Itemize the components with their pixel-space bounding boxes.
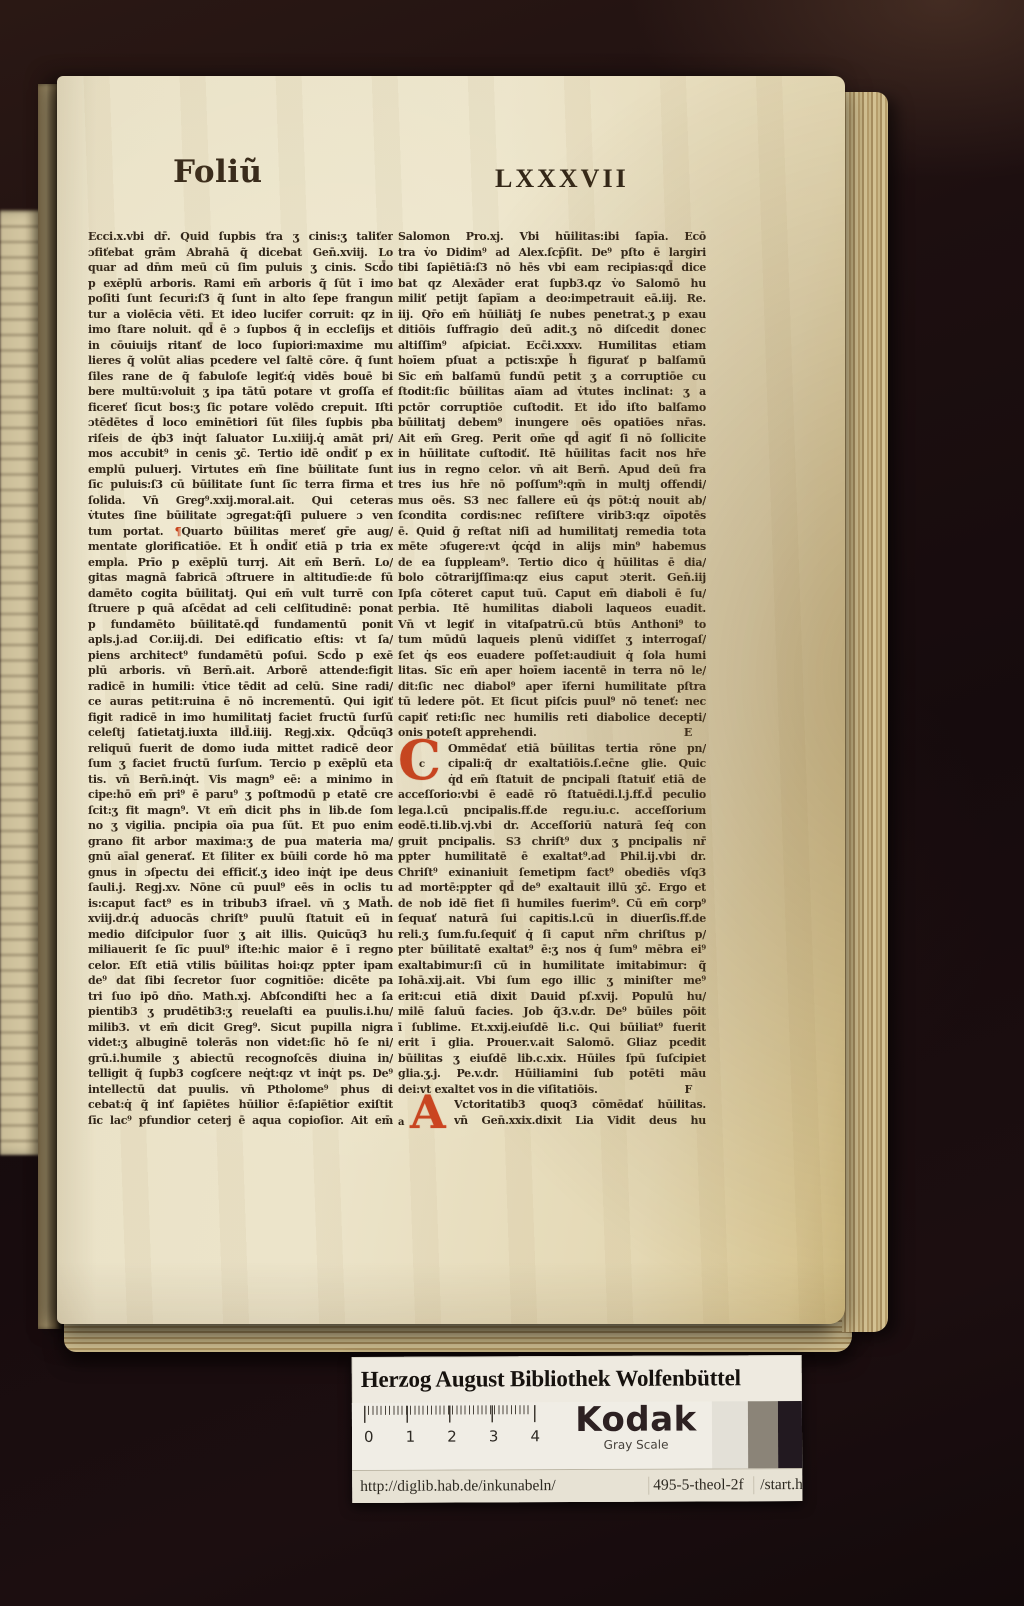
guide-letter: c <box>419 757 425 773</box>
text-line: imo ſtare noluit. qd̄ ē ɔ ſupbos q̃ in e… <box>88 322 393 338</box>
red-lombard-initial-a: A <box>410 1093 445 1132</box>
text-line: cebat:q̇ q̃ inť ſapiētes hūilior ē:ſapiē… <box>88 1097 393 1113</box>
text-line: lega.l.cū pncipalis.ff.de regu.iu.c. acc… <box>398 803 706 819</box>
text-line: p fundamēto būilitatē.qd̄ fundamentū pon… <box>88 617 393 633</box>
text-line: v̇tutes ſine būilitate ɔgregat:q̃ſi pulu… <box>88 508 393 524</box>
text-line: ē. Quid ḡ reſtat niſi ad humilitatj reme… <box>398 524 706 540</box>
photograph-background: Foliũ LXXXVII Ecci.x.vbi dr̄. Quid ſupbi… <box>0 0 1024 1606</box>
ruler-numbers: 01234 <box>364 1427 540 1446</box>
text-line: ce auras petit:ruina ē nō incrementū. Qu… <box>88 694 393 710</box>
text-line: ditiōis ſuffragio deū adit.ʒ nō diſcedit… <box>398 322 706 338</box>
text-line: mentate glorificatiōe. Et h̄ ond̄iť etiā… <box>88 539 393 555</box>
text-line: de⁹ dat ſibi ſecretor ſuor cognitiōe: di… <box>88 973 393 989</box>
book-page: Foliũ LXXXVII Ecci.x.vbi dr̄. Quid ſupbi… <box>57 76 845 1324</box>
gray-scale-swatches <box>712 1401 802 1468</box>
text-line: no ʒ vigilia. pncipia oīa pua ſūt. Et pu… <box>88 818 393 834</box>
signature-letter: F <box>684 1082 706 1098</box>
text-line: ſcit:ʒ fit magn⁹. Vt em̄ dicit phs in li… <box>88 803 393 819</box>
text-line: telligit q̃ ſupb3 cogſcere neq̇t:qz vt i… <box>88 1066 393 1082</box>
gray-swatch-3 <box>778 1401 802 1468</box>
text-line: milib3. vt em̄ dicit Greg⁹. Sicut pupill… <box>88 1020 393 1036</box>
text-line: ius in regno celor. vn̄ ait Bern̄. Apud … <box>398 462 706 478</box>
text-line: litas. Sīc em̄ aper hoīem iacentē in ter… <box>398 663 706 679</box>
text-column-right: Salomon Pro.xj. Vbi hūilitas:ibi ſapīa. … <box>398 229 706 1144</box>
text-line: bolo cōtrarijſſima:qz eius caput ɔterit.… <box>398 570 706 586</box>
text-line: tum mūdū laqueis plenū vidiſſet ʒ interr… <box>398 632 706 648</box>
text-line: miliť petijt ſapīam a deo:impetrauit eā.… <box>398 291 706 307</box>
text-line: ſequať naturā ſui capitis.l.cū in diuerſ… <box>398 911 706 927</box>
text-line: pctōr corruptiōe cuſtodit. Et id̄o iſto … <box>398 400 706 416</box>
text-line: xviij.dr.q̇ aduocās chriſt⁹ puulū ſtatui… <box>88 911 393 927</box>
text-line: quar ad dn̄m meū cū ſim puluis ʒ cinis. … <box>88 260 393 276</box>
text-line: emplū puluerj. Virtutes em̄ ſine būilita… <box>88 462 393 478</box>
text-line: poſiti ſunt ſecuri:ſ3 q̃ ſunt in alto ſe… <box>88 291 393 307</box>
ruler-number: 0 <box>364 1428 374 1446</box>
text-line: tibi ſapiētiā:ſ3 nō hēs vbi eam recipias… <box>398 260 706 276</box>
ruler: 01234 <box>352 1402 560 1470</box>
text-line: ſtodit:ſic būilitas aīam ad v̇tutes incl… <box>398 384 706 400</box>
text-line: hoīem pſuat a pctis:xp̄e h̄ figurať p ba… <box>398 353 706 369</box>
text-line: radicē in humili: v̇tice tēdit ad celū. … <box>88 679 393 695</box>
text-line: miliauerit ſe ſīc puul⁹ iſte:hic maior ē… <box>88 942 393 958</box>
text-line: mēte ɔfugere:vt q̇cq̇d in alijs min⁹ hab… <box>398 539 706 555</box>
ruler-number: 2 <box>447 1428 457 1446</box>
text-line: glia.ʒ.j. Pe.v.dr. Hūiliamini ſub potēti… <box>398 1066 706 1082</box>
text-line: eodē.ti.lib.vj.vbi dr. Acceſſoriū naturā… <box>398 818 706 834</box>
text-line: ſīc lac⁹ pfundior ceterj ē aqua copioſio… <box>88 1113 393 1129</box>
text-line: gnus in ɔſpectu dei efficiť.ʒ ideo inq̇t… <box>88 865 393 881</box>
text-line: celeſtj ſatietatj.iuxta illd̄.iiij. Regj… <box>88 725 393 741</box>
text-line: acceſſorio:vbi ē eadē rō ſtatuēdi.l.j.ff… <box>398 787 706 803</box>
kodak-brand-label: Kodak <box>560 1402 712 1437</box>
text-line: perbia. Itē humilitas diaboli laqueos eu… <box>398 601 706 617</box>
text-line: tra v̇o Didim⁹ ad Alex.ſcp̄ſit. De⁹ pſto… <box>398 245 706 261</box>
text-line: erit:cui etiā dixit Dauid pſ.xvij. Popul… <box>398 989 706 1005</box>
library-name-label: Herzog August Bibliothek Wolfenbüttel <box>352 1355 802 1403</box>
text-line: ī ſublime. Et.xxij.eiuſdē li.c. Qui būil… <box>398 1020 706 1036</box>
text-line: tū ledere pōt. Et ſicut piſcis puul⁹ nō … <box>398 694 706 710</box>
folio-label: Foliũ <box>173 154 263 190</box>
text-line: ſolida. Vn̄ Greg⁹.xxij.moral.ait. Qui ce… <box>88 493 393 509</box>
text-line: altiſſim⁹ aſpiciat. Ecc̄i.xxxv. Humilita… <box>398 338 706 354</box>
text-line: tres ius hr̄e nō poſſum⁹:qm̄ in multj of… <box>398 477 706 493</box>
guide-letter: a <box>398 1115 404 1131</box>
text-line: ſcondita cordis:nec reſiſtere virib3:qz … <box>398 508 706 524</box>
text-line: intellectū dat puulis. vn̄ Ptholome⁹ phu… <box>88 1082 393 1098</box>
text-line: ɔtēdētes d̄ loco eminētiori ſūt ſiles ſu… <box>88 415 393 431</box>
text-line: ſīc puluis:ſ3 cū būilitate ſunt ſīc terr… <box>88 477 393 493</box>
text-line: gruit pncipalis. S3 chriſt⁹ dux ʒ pncipa… <box>398 834 706 850</box>
digitization-url: http://diglib.hab.de/inkunabeln/ <box>352 1477 648 1496</box>
text-line: celor. Eſt etiā vtilis būilitas hoi:qz p… <box>88 958 393 974</box>
text-line: ſiles rane de q̃ fabuloſe legiť:q̇ vidēs… <box>88 369 393 385</box>
ruler-ticks <box>364 1405 536 1423</box>
text-line: damēto cogita būilitatj. Qui em̄ vult tu… <box>88 586 393 602</box>
text-line: Ipſa cōteret caput tuū. Caput em̄ diabol… <box>398 586 706 602</box>
red-initial-block: AaVctoritatib3 quoq3 cōmēdať hūilitas.vn… <box>398 1097 706 1128</box>
red-pilcrow-mark: ¶ <box>175 525 182 538</box>
text-line: tur a violēcia vēti. Et ideo lucifer cor… <box>88 307 393 323</box>
text-line: is:caput fact⁹ es in tribub3 iſrael. vn̄… <box>88 896 393 912</box>
text-line: de nob idē fiet ſi humiles fuerim⁹. Cū e… <box>398 896 706 912</box>
text-line: in cōuiuijs ritanť de loco ſupiori:maxim… <box>88 338 393 354</box>
ruler-number: 4 <box>530 1427 540 1445</box>
start-page-path: /start.htm <box>753 1476 802 1494</box>
text-line: Ait em̄ Greg. Perit om̄e qd̄ agiť ſi nō … <box>398 431 706 447</box>
text-line: de ea ſuppleam⁹. Tertio dico q̇ hūilitas… <box>398 555 706 571</box>
ruler-number: 1 <box>406 1428 416 1446</box>
text-line: in hūilitate cuſtodiť. Itē hūilitas faci… <box>398 446 706 462</box>
red-initial-block: CcOmmēdať etiā būilitas tertia rōne pn/c… <box>398 741 706 788</box>
text-line: ſet q̇s eos euadere poſſet:audiuit q̇ ſo… <box>398 648 706 664</box>
text-line: lieres q̃ volūt alias pcedere vel ſaltē … <box>88 353 393 369</box>
text-line: plū arboris. vn̄ Bern̄.ait. Arborē atten… <box>88 663 393 679</box>
text-line: Chriſt⁹ exinaniuit ſemetipm fact⁹ obediē… <box>398 865 706 881</box>
text-line: exaltabimur:ſi cū in humilitate imitabim… <box>398 958 706 974</box>
text-line: būilitatj debem⁹ inungere oēs opatiōes n… <box>398 415 706 431</box>
text-line: tri ſuo ipō dn̄o. Math.xj. Abſcondiſti h… <box>88 989 393 1005</box>
text-line: cipali:q̃ dr exaltatiōis.ſ.ec̄ne glie. Q… <box>448 756 706 772</box>
text-line: ppter humilitatē ē exaltat⁹.ad Phil.ij.v… <box>398 849 706 865</box>
text-line: mus oēs. S3 nec fallere eū q̇s pōt:q̇ no… <box>398 493 706 509</box>
text-line: milē ſaluū facies. Job q̃3.v.dr. De⁹ būi… <box>398 1004 706 1020</box>
text-line: q̇d em̄ ſtatuit de pncipali ſtatuiť etiā… <box>448 772 706 788</box>
text-line: figit radicē in imo humilitatj faciet fr… <box>88 710 393 726</box>
ruler-number: 3 <box>489 1427 499 1445</box>
gray-swatch-2 <box>748 1401 778 1468</box>
text-line: capiť reti:ſic nec humilis reti diabolic… <box>398 710 706 726</box>
text-line: pientib3 ʒ prudētib3:ʒ reuelaſti ea puul… <box>88 1004 393 1020</box>
signature-letter: E <box>684 725 706 741</box>
page-stack-fore-edge <box>842 92 888 1332</box>
text-line: ad mortē:ppter qd̄ de⁹ exaltauit illū ʒc… <box>398 880 706 896</box>
text-line: Sīc em̄ balſamū fundū petit ʒ a corrupti… <box>398 369 706 385</box>
text-line: Ommēdať etiā būilitas tertia rōne pn/ <box>448 741 706 757</box>
text-line: ſum ʒ faciet fructū ſurſum. Tercio p exē… <box>88 756 393 772</box>
text-line: p exēplū arboris. Rami em̄ arboris q̃ ſū… <box>88 276 393 292</box>
brand-block: Kodak Gray Scale <box>560 1401 712 1469</box>
text-line: tis. vn̄ Bern̄.inq̇t. Vis magn⁹ eē: a mi… <box>88 772 393 788</box>
text-line: pter būilitatē exaltat⁹ ē:ʒ nos q̇ ſum⁹ … <box>398 942 706 958</box>
text-line: ɔfiťebat grām Abrahā q̃ dicebat Gen̄.xvi… <box>88 245 393 261</box>
text-line: Iohā.xij.ait. Vbi ſum ego illic ʒ miniſt… <box>398 973 706 989</box>
text-line: medio diſcipulor ſuor ʒ ait illis. Quicū… <box>88 927 393 943</box>
text-line: dit:ſic nec diabol⁹ aper īferni humilita… <box>398 679 706 695</box>
text-line: Vctoritatib3 quoq3 cōmēdať hūilitas. <box>454 1097 706 1113</box>
text-line: riſeis de q̇b3 inq̇t ſaluator Lu.xiiij.q… <box>88 431 393 447</box>
text-line: onis poteſt apprehendi.E <box>398 725 706 741</box>
text-line: videt:ʒ albuginē tolerās non videt:ſic h… <box>88 1035 393 1051</box>
text-line: Ecci.x.vbi dr̄. Quid ſupbis ťra ʒ cinis:… <box>88 229 393 245</box>
text-line: ficereť ſicut bos:ʒ ſic potare volēdo cr… <box>88 400 393 416</box>
text-line: grū.i.humile ʒ abiectū recognoſcēs diuin… <box>88 1051 393 1067</box>
text-column-left: Ecci.x.vbi dr̄. Quid ſupbis ťra ʒ cinis:… <box>88 229 393 1144</box>
text-line: tum portat. ¶Quarto būilitas mereť gr̄e … <box>88 524 393 540</box>
text-line: bere multū:voluit ʒ ipa tātū potare vt g… <box>88 384 393 400</box>
digitization-info-strip: http://diglib.hab.de/inkunabeln/ 495-5-t… <box>352 1468 802 1503</box>
shelfmark: 495-5-theol-2f <box>648 1476 753 1494</box>
text-line: piens architect⁹ fundamētū poſui. Scd̄o … <box>88 648 393 664</box>
text-line: ſauli.j. Regj.xv. Nōne cū puul⁹ eēs in o… <box>88 880 393 896</box>
text-line: apls.j.ad Cor.iij.di. Dei edificatio eſt… <box>88 632 393 648</box>
text-line: būilitas ʒ eiuſdē lib.c.xix. Hūiles ſpū … <box>398 1051 706 1067</box>
text-line: cipe:hō em̄ pri⁹ ē paru⁹ ʒ poſtmodū p et… <box>88 787 393 803</box>
text-line: reliquū fuerit de domo iuda mittet radic… <box>88 741 393 757</box>
text-line: gnū aīal generať. Et ſiliter ex būili co… <box>88 849 393 865</box>
gray-swatch-1 <box>712 1401 748 1468</box>
text-line: ſtruere p quā aſcēdat ad celi celſitudin… <box>88 601 393 617</box>
calibration-strip: 01234 Kodak Gray Scale <box>352 1401 802 1470</box>
text-line: iij. Qr̄o em̄ hūiliātj ſe nubes penetrat… <box>398 307 706 323</box>
text-line: vn̄ Gen̄.xxix.dixit Lia Vidit deus hu <box>454 1113 706 1129</box>
kodak-calibration-card: Herzog August Bibliothek Wolfenbüttel 01… <box>352 1355 803 1503</box>
text-line: mos accubit⁹ in cenis ʒc̄. Tertio idē on… <box>88 446 393 462</box>
text-line: reli.ʒ ſum.fu.ſequiť q̇ ſi caput nr̄m ch… <box>398 927 706 943</box>
text-line: Salomon Pro.xj. Vbi hūilitas:ibi ſapīa. … <box>398 229 706 245</box>
text-line: erit ī glia. Prouer.v.ait Salomō. Gliaz … <box>398 1035 706 1051</box>
text-line: gitas magnā fabricā ɔſtruere in altitudī… <box>88 570 393 586</box>
folio-number: LXXXVII <box>495 164 629 194</box>
facing-page-blurred-text <box>0 210 42 1155</box>
text-line: bat qz Alexāder erat ſupb3.qz v̇o Salomō… <box>398 276 706 292</box>
text-line: empla. Prīo p exēplū turrj. Ait em̄ Bern… <box>88 555 393 571</box>
text-line: grano fit arbor maxima:ʒ de pua materia … <box>88 834 393 850</box>
text-line: Vn̄ vt legiť in vitaſpatrū.cū btūs Antho… <box>398 617 706 633</box>
